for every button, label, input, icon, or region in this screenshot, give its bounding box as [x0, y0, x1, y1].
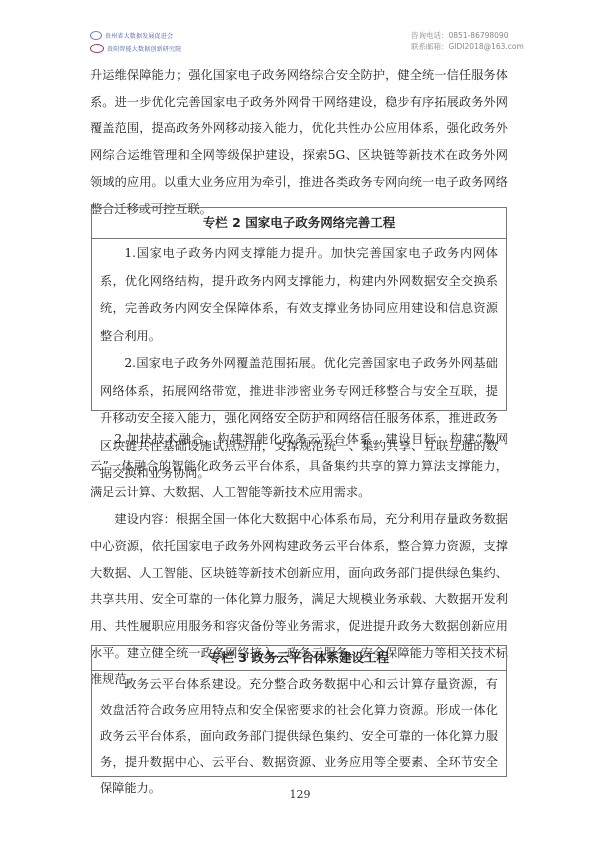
logo-row-1: 贵州省大数据发展促进会	[90, 30, 181, 41]
column-box-2: 专栏 2 国家电子政务网络完善工程 1.国家电子政务内网支撑能力提升。加快完善国…	[91, 207, 507, 411]
paragraph: 2.加快技术融合，构建智能化政务云平台体系。建设目标：构建“数网云”一体融合的智…	[90, 426, 508, 506]
box-title: 专栏 2 国家电子政务网络完善工程	[92, 208, 506, 239]
logo: 贵州省大数据发展促进会 贵阳智能大数据创新研究院	[90, 30, 181, 56]
column-box-3: 专栏 3 政务云平台体系建设工程 政务云平台体系建设。充分整合政务数据中心和云计…	[91, 645, 507, 777]
page-number: 129	[0, 788, 600, 801]
email-line: 联系邮箱：GIDI2018@163.com	[411, 41, 524, 52]
contact-info: 咨询电话：0851-86798090 联系邮箱：GIDI2018@163.com	[411, 30, 524, 52]
email-label: 联系邮箱：	[411, 42, 449, 51]
phone-line: 咨询电话：0851-86798090	[411, 30, 524, 41]
phone-number: 0851-86798090	[449, 31, 509, 40]
page-header: 贵州省大数据发展促进会 贵阳智能大数据创新研究院 咨询电话：0851-86798…	[0, 0, 600, 56]
box-item: 政务云平台体系建设。充分整合政务数据中心和云计算存量资源，有效盘活符合政务应用特…	[100, 671, 498, 801]
box-body: 政务云平台体系建设。充分整合政务数据中心和云计算存量资源，有效盘活符合政务应用特…	[92, 671, 506, 801]
logo-row-2: 贵阳智能大数据创新研究院	[90, 43, 181, 54]
box-item: 1.国家电子政务内网支撑能力提升。加快完善国家电子政务内网体系，优化网络结构，提…	[100, 240, 498, 350]
association-logo-icon	[90, 31, 102, 40]
institute-logo-icon	[90, 44, 104, 53]
email-address: GIDI2018@163.com	[449, 42, 524, 51]
box-title: 专栏 3 政务云平台体系建设工程	[92, 646, 506, 671]
logo-text-1: 贵州省大数据发展促进会	[105, 31, 173, 40]
phone-label: 咨询电话：	[411, 31, 449, 40]
paragraph: 升运维保障能力；强化国家电子政务网络综合安全防护，健全统一信任服务体系。进一步优…	[90, 62, 508, 222]
logo-text-2: 贵阳智能大数据创新研究院	[107, 44, 181, 53]
top-paragraph-block: 升运维保障能力；强化国家电子政务网络综合安全防护，健全统一信任服务体系。进一步优…	[90, 62, 508, 222]
